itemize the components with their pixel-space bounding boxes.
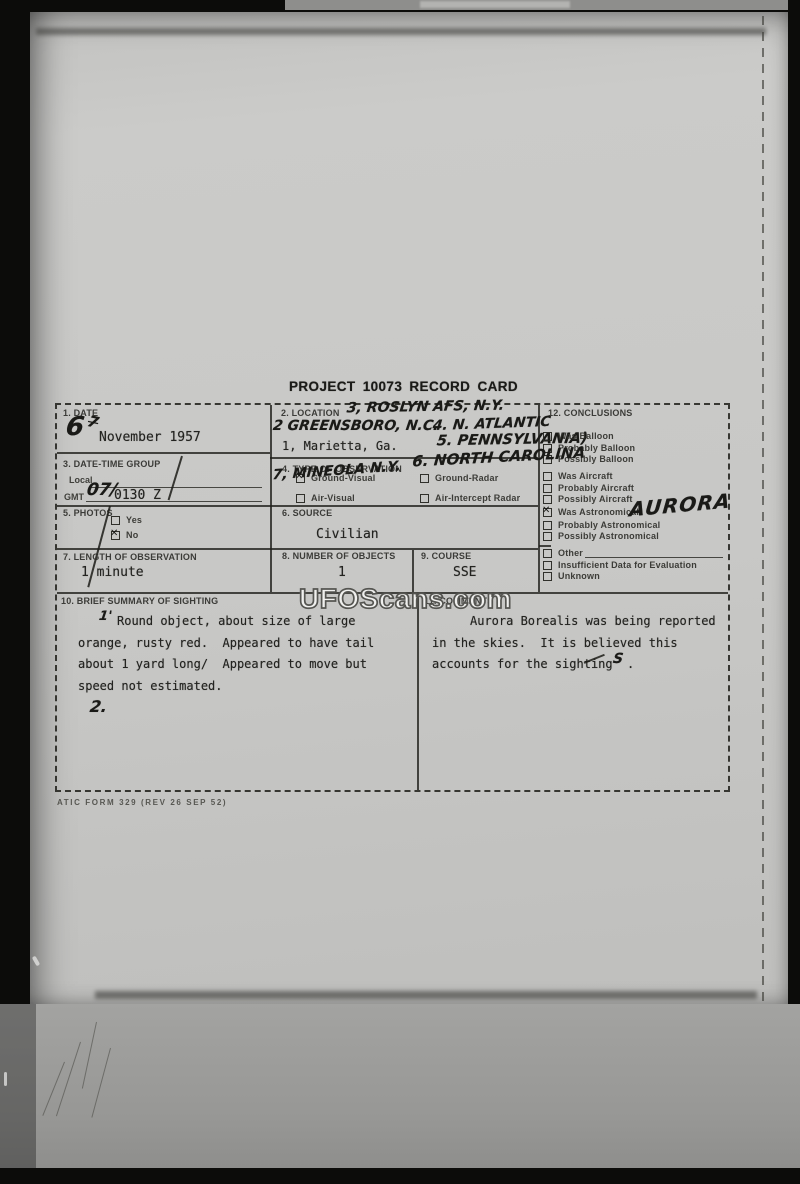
was-astronomical-label: Was Astronomical — [558, 507, 639, 517]
scan-top-strip-highlight — [420, 1, 570, 8]
conclusion-row-possibly-astronomical: Possibly Astronomical — [543, 531, 659, 541]
card-edge-shadow-bottom — [95, 991, 757, 999]
location-hand-entry-3: 3, ROSLYN AFS, N.Y. — [346, 398, 505, 417]
other-checkbox — [543, 549, 552, 558]
grid-line-date-bottom — [57, 452, 270, 454]
card-edge-shadow-top — [36, 28, 766, 35]
location-hand-entry-2: 2 GREENSBORO, N.C. — [272, 418, 440, 434]
grid-line-row2-bottom — [57, 505, 538, 507]
date-value: November 1957 — [99, 430, 201, 445]
date-time-group-label: 3. DATE-TIME GROUP — [63, 459, 160, 469]
gmt-label: GMT — [64, 492, 84, 502]
watermark: UFOScans.com — [299, 583, 512, 615]
photos-no-checkbox — [111, 531, 120, 540]
probably-aircraft-checkbox — [543, 484, 552, 493]
air-intercept-radar-label: Air-Intercept Radar — [435, 493, 520, 503]
possibly-astronomical-label: Possibly Astronomical — [558, 531, 659, 541]
possibly-aircraft-checkbox — [543, 495, 552, 504]
was-balloon-label: Was Balloon — [558, 431, 614, 441]
summary-hand-mark: 1' — [98, 609, 113, 624]
summary-line-2: orange, rusty red. Appeared to have tail — [78, 636, 374, 650]
course-value: SSE — [453, 565, 476, 580]
ground-radar-checkbox — [420, 474, 429, 483]
conclusion-row-insufficient-data: Insufficient Data for Evaluation — [543, 560, 697, 570]
source-value: Civilian — [316, 527, 379, 542]
photos-yes-row: Yes — [111, 515, 142, 525]
grid-line-comments-divider — [417, 594, 419, 790]
page-title: PROJECT 10073 RECORD CARD — [289, 379, 518, 394]
obs-air-intercept-radar-row: Air-Intercept Radar — [420, 493, 520, 503]
course-label: 9. COURSE — [421, 551, 471, 561]
conclusion-row-was-aircraft: Was Aircraft — [543, 471, 613, 481]
length-of-observation-label: 7. LENGTH OF OBSERVATION — [63, 552, 197, 562]
probably-astronomical-label: Probably Astronomical — [558, 520, 660, 530]
air-intercept-radar-checkbox — [420, 494, 429, 503]
photos-no-label: No — [126, 530, 138, 540]
grid-tick-conclusions — [539, 545, 551, 547]
air-visual-checkbox — [296, 494, 305, 503]
air-visual-label: Air-Visual — [311, 493, 355, 503]
conclusion-row-possibly-aircraft: Possibly Aircraft — [543, 494, 633, 504]
backing-sheet — [0, 1004, 800, 1168]
brief-summary-label: 10. BRIEF SUMMARY OF SIGHTING — [61, 596, 218, 606]
photos-no-row: No — [111, 530, 138, 540]
film-speck-2 — [4, 1072, 7, 1086]
photos-yes-checkbox — [111, 516, 120, 525]
source-label: 6. SOURCE — [282, 508, 332, 518]
grid-line-row3-bottom — [57, 548, 538, 550]
number-of-objects-value: 1 — [338, 565, 346, 580]
possibly-astronomical-checkbox — [543, 532, 552, 541]
was-astronomical-checkbox — [543, 508, 552, 517]
obs-air-visual-row: Air-Visual — [296, 493, 355, 503]
ground-radar-label: Ground-Radar — [435, 473, 498, 483]
insufficient-data-label: Insufficient Data for Evaluation — [558, 560, 697, 570]
probably-astronomical-checkbox — [543, 521, 552, 530]
was-balloon-checkbox — [543, 432, 552, 441]
comments-period: . — [627, 657, 634, 671]
conclusion-row-was-astronomical: Was Astronomical — [543, 507, 639, 517]
probably-aircraft-label: Probably Aircraft — [558, 483, 634, 493]
comments-line-3: accounts for the sighting — [432, 657, 613, 671]
location-typed-entry: 1, Marietta, Ga. — [282, 439, 398, 453]
unknown-label: Unknown — [558, 571, 600, 581]
summary-line-4: speed not estimated. — [78, 679, 223, 693]
was-aircraft-label: Was Aircraft — [558, 471, 613, 481]
card-physical-edge-line — [762, 16, 764, 1004]
gmt-blank-line — [86, 501, 262, 502]
unknown-checkbox — [543, 572, 552, 581]
summary-hand-note: 2. — [89, 697, 109, 716]
other-label: Other — [558, 548, 583, 558]
summary-line-3: about 1 yard long/ Appeared to move but — [78, 657, 367, 671]
conclusion-row-was-balloon: Was Balloon — [543, 431, 614, 441]
obs-ground-radar-row: Ground-Radar — [420, 473, 498, 483]
conclusions-label: 12. CONCLUSIONS — [548, 408, 633, 418]
comments-line-2: in the skies. It is believed this — [432, 636, 678, 650]
insufficient-data-checkbox — [543, 561, 552, 570]
summary-line-1: Round object, about size of large — [117, 614, 355, 628]
scanned-photo-backdrop: PROJECT 10073 RECORD CARD 1. DATE 6 7 No… — [0, 0, 800, 1184]
other-blank-line — [585, 557, 723, 558]
possibly-aircraft-label: Possibly Aircraft — [558, 494, 633, 504]
form-number-footer: ATIC FORM 329 (REV 26 SEP 52) — [57, 798, 227, 807]
conclusion-row-unknown: Unknown — [543, 571, 600, 581]
conclusion-row-probably-aircraft: Probably Aircraft — [543, 483, 634, 493]
conclusion-row-other: Other — [543, 548, 583, 558]
location-label: 2. LOCATION — [281, 408, 340, 418]
comments-line-1: Aurora Borealis was being reported — [470, 614, 716, 628]
number-of-objects-label: 8. NUMBER OF OBJECTS — [282, 551, 396, 561]
was-aircraft-checkbox — [543, 472, 552, 481]
length-of-observation-value: 1 minute — [81, 565, 144, 580]
backing-sheet-shadow — [0, 1004, 36, 1168]
conclusion-row-probably-astronomical: Probably Astronomical — [543, 520, 660, 530]
photos-yes-label: Yes — [126, 515, 142, 525]
